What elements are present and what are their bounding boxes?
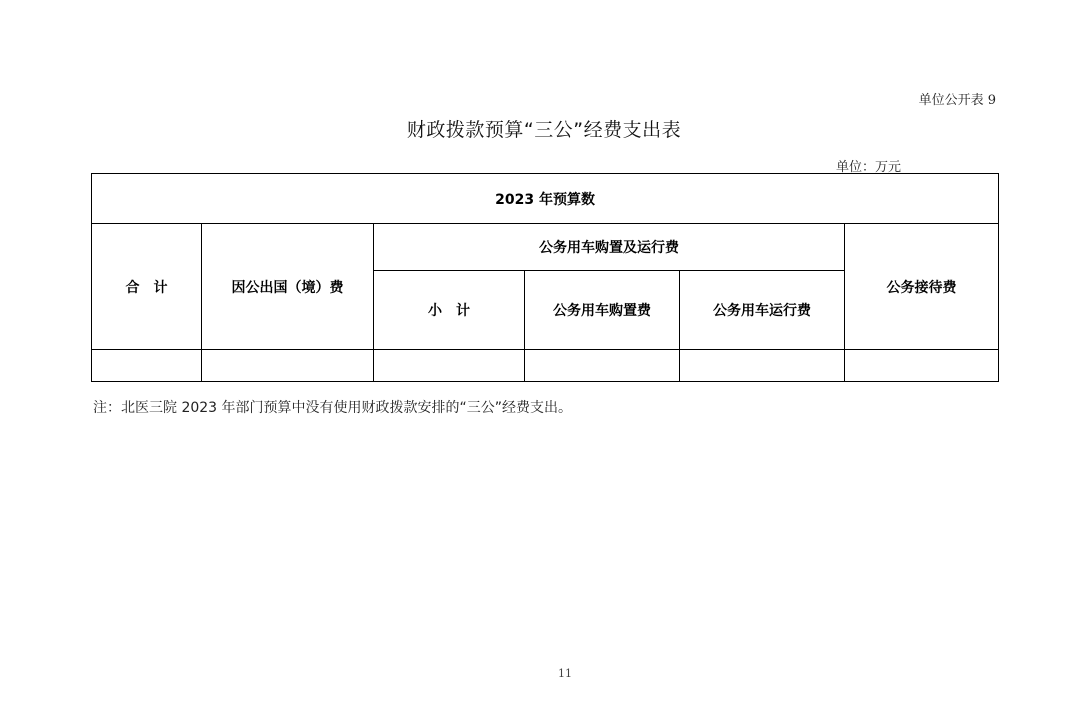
- page-title: 财政拨款预算“三公”经费支出表: [0, 115, 1080, 142]
- header-total: 合 计: [92, 224, 202, 350]
- footnote: 注：北医三院 2023 年部门预算中没有使用财政拨款安排的“三公”经费支出。: [93, 397, 572, 417]
- cell-reception: [845, 350, 999, 382]
- header-vehicle-group: 公务用车购置及运行费: [374, 224, 845, 271]
- header-vehicle-subtotal: 小 计: [374, 271, 525, 350]
- form-number: 单位公开表 9: [919, 89, 996, 108]
- budget-table: 2023 年预算数 合 计 因公出国（境）费 公务用车购置及运行费 公务接待费 …: [91, 173, 999, 382]
- header-vehicle-purchase: 公务用车购置费: [525, 271, 680, 350]
- cell-vehicle-operation: [680, 350, 845, 382]
- page-number: 11: [0, 667, 1080, 680]
- cell-overseas: [202, 350, 374, 382]
- cell-vehicle-subtotal: [374, 350, 525, 382]
- table-row: [92, 350, 999, 382]
- header-overseas: 因公出国（境）费: [202, 224, 374, 350]
- cell-vehicle-purchase: [525, 350, 680, 382]
- cell-total: [92, 350, 202, 382]
- header-year-budget: 2023 年预算数: [92, 174, 999, 224]
- header-vehicle-operation: 公务用车运行费: [680, 271, 845, 350]
- header-reception: 公务接待费: [845, 224, 999, 350]
